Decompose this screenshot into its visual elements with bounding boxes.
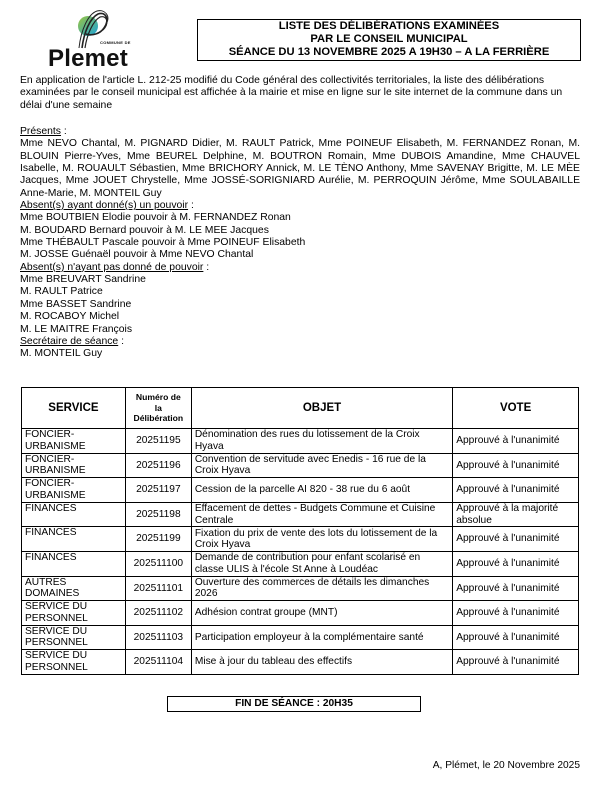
absent-item: M. LE MAITRE François: [20, 324, 580, 336]
vote-cell: Approuvé à l'unanimité: [453, 478, 579, 503]
table-row: SERVICE DU PERSONNEL202511102Adhésion co…: [22, 601, 579, 626]
logo-brand: Plemet: [48, 45, 128, 73]
secretary-name: M. MONTEIL Guy: [20, 348, 580, 360]
objet-cell: Mise à jour du tableau des effectifs: [191, 650, 452, 675]
present-label: Présents: [20, 126, 61, 137]
service-cell: SERVICE DU PERSONNEL: [22, 601, 126, 626]
vote-cell: Approuvé à l'unanimité: [453, 650, 579, 675]
numero-cell: 20251199: [125, 527, 191, 552]
table-row: FINANCES202511100Demande de contribution…: [22, 551, 579, 576]
vote-cell: Approuvé à l'unanimité: [453, 429, 579, 454]
table-row: SERVICE DU PERSONNEL202511103Participati…: [22, 625, 579, 650]
header-vote: VOTE: [453, 388, 579, 429]
service-cell: FONCIER-URBANISME: [22, 429, 126, 454]
objet-cell: Demande de contribution pour enfant scol…: [191, 551, 452, 576]
title-line-2: PAR LE CONSEIL MUNICIPAL: [198, 33, 580, 46]
numero-cell: 20251198: [125, 502, 191, 527]
intro-paragraph: En application de l'article L. 212-25 mo…: [20, 75, 586, 112]
service-cell: FONCIER-URBANISME: [22, 478, 126, 503]
table-row: FINANCES20251198Effacement de dettes - B…: [22, 502, 579, 527]
vote-cell: Approuvé à l'unanimité: [453, 527, 579, 552]
vote-cell: Approuvé à l'unanimité: [453, 551, 579, 576]
proxy-item: M. JOSSE Guénaël pouvoir à Mme NEVO Chan…: [20, 249, 580, 261]
document-title: LISTE DES DÉLIBÉRATIONS EXAMINÉES PAR LE…: [197, 19, 581, 61]
table-row: FINANCES20251199Fixation du prix de vent…: [22, 527, 579, 552]
objet-cell: Fixation du prix de vente des lots du lo…: [191, 527, 452, 552]
service-cell: FINANCES: [22, 527, 126, 552]
service-cell: SERVICE DU PERSONNEL: [22, 625, 126, 650]
header-objet: OBJET: [191, 388, 452, 429]
numero-cell: 202511102: [125, 601, 191, 626]
objet-cell: Cession de la parcelle AI 820 - 38 rue d…: [191, 478, 452, 503]
commune-logo: COMMUNE DE Plemet: [46, 8, 136, 68]
attendance-section: Présents : Mme NEVO Chantal, M. PIGNARD …: [20, 126, 580, 361]
numero-cell: 202511100: [125, 551, 191, 576]
title-line-1: LISTE DES DÉLIBÉRATIONS EXAMINÉES: [198, 20, 580, 33]
vote-cell: Approuvé à l'unanimité: [453, 453, 579, 478]
proxy-item: Mme BOUTBIEN Elodie pouvoir à M. FERNAND…: [20, 212, 580, 224]
numero-cell: 202511104: [125, 650, 191, 675]
service-cell: FONCIER-URBANISME: [22, 453, 126, 478]
signature-date: A, Plémet, le 20 Novembre 2025: [433, 760, 580, 771]
vote-cell: Approuvé à l'unanimité: [453, 576, 579, 601]
absent-item: Mme BASSET Sandrine: [20, 299, 580, 311]
vote-cell: Approuvé à l'unanimité: [453, 625, 579, 650]
numero-cell: 202511103: [125, 625, 191, 650]
table-row: FONCIER-URBANISME20251196Convention de s…: [22, 453, 579, 478]
objet-cell: Convention de servitude avec Enedis - 16…: [191, 453, 452, 478]
numero-cell: 20251195: [125, 429, 191, 454]
numero-cell: 20251197: [125, 478, 191, 503]
table-row: FONCIER-URBANISME20251197Cession de la p…: [22, 478, 579, 503]
proxy-item: Mme THÉBAULT Pascale pouvoir à Mme POINE…: [20, 237, 580, 249]
objet-cell: Dénomination des rues du lotissement de …: [191, 429, 452, 454]
proxy-label: Absent(s) ayant donné(s) un pouvoir: [20, 200, 188, 211]
absent-item: Mme BREUVART Sandrine: [20, 274, 580, 286]
table-row: AUTRES DOMAINES202511101Ouverture des co…: [22, 576, 579, 601]
service-cell: FINANCES: [22, 502, 126, 527]
absent-item: M. ROCABOY Michel: [20, 311, 580, 323]
table-row: FONCIER-URBANISME20251195Dénomination de…: [22, 429, 579, 454]
service-cell: FINANCES: [22, 551, 126, 576]
service-cell: AUTRES DOMAINES: [22, 576, 126, 601]
present-list: Mme NEVO Chantal, M. PIGNARD Didier, M. …: [20, 138, 580, 200]
objet-cell: Participation employeur à la complémenta…: [191, 625, 452, 650]
proxy-item: M. BOUDARD Bernard pouvoir à M. LE MEE J…: [20, 225, 580, 237]
vote-cell: Approuvé à la majorité absolue: [453, 502, 579, 527]
end-of-session-box: FIN DE SÉANCE : 20H35: [167, 696, 421, 712]
header-numero: Numéro de la Délibération: [125, 388, 191, 429]
numero-cell: 20251196: [125, 453, 191, 478]
absent-label: Absent(s) n'ayant pas donné de pouvoir: [20, 262, 203, 273]
numero-cell: 202511101: [125, 576, 191, 601]
objet-cell: Ouverture des commerces de détails les d…: [191, 576, 452, 601]
deliberations-table: SERVICE Numéro de la Délibération OBJET …: [21, 387, 579, 675]
service-cell: SERVICE DU PERSONNEL: [22, 650, 126, 675]
absent-item: M. RAULT Patrice: [20, 286, 580, 298]
table-header-row: SERVICE Numéro de la Délibération OBJET …: [22, 388, 579, 429]
header-service: SERVICE: [22, 388, 126, 429]
title-line-3: SÉANCE DU 13 NOVEMBRE 2025 A 19H30 – A L…: [198, 46, 580, 59]
vote-cell: Approuvé à l'unanimité: [453, 601, 579, 626]
objet-cell: Adhésion contrat groupe (MNT): [191, 601, 452, 626]
objet-cell: Effacement de dettes - Budgets Commune e…: [191, 502, 452, 527]
table-row: SERVICE DU PERSONNEL202511104Mise à jour…: [22, 650, 579, 675]
secretary-label: Secrétaire de séance: [20, 336, 118, 347]
